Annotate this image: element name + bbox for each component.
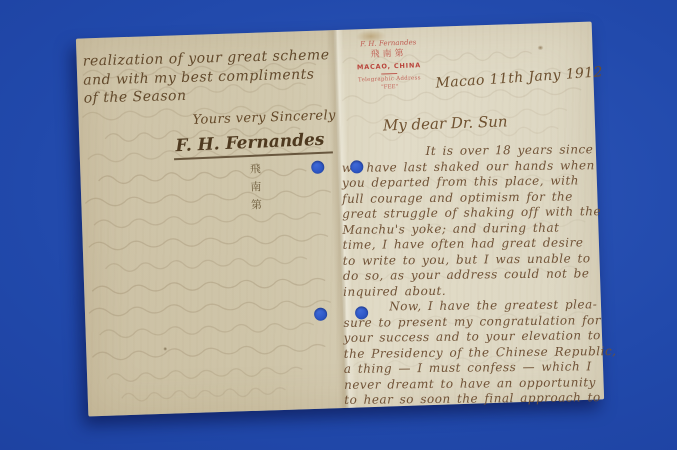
photo-background: realization of your great scheme and wit…: [0, 0, 677, 450]
paper-stain: [163, 347, 167, 351]
letterhead-location: MACAO, CHINA: [343, 61, 435, 72]
printed-letterhead: F. H. Fernandes 飛南第 MACAO, CHINA Telegra…: [342, 38, 436, 93]
signature-chinese: 飛南第: [246, 163, 264, 218]
body-line: do so, as your address could not be: [343, 266, 595, 284]
letter-sheet: realization of your great scheme and wit…: [76, 22, 604, 417]
letterhead-divider: [381, 73, 397, 75]
letter-body: It is over 18 years since we have last s…: [342, 142, 597, 408]
closing-lines: realization of your great scheme and wit…: [83, 46, 331, 108]
letterhead-chinese: 飛南第: [342, 48, 434, 62]
body-line: to hear so soon the final approach to: [344, 390, 596, 408]
